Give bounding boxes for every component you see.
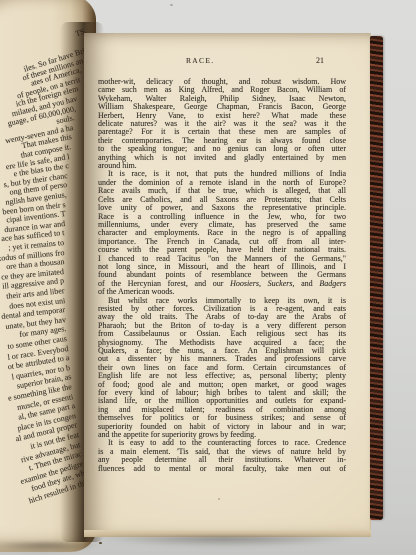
text-line: fluences add to mental or moral faculty,… bbox=[98, 465, 346, 473]
dust-speck bbox=[99, 542, 102, 544]
dust-speck bbox=[170, 4, 173, 6]
running-head: RACE. bbox=[186, 56, 214, 65]
photo-scene: TS.iles. So far have Briof these million… bbox=[0, 0, 416, 555]
page-header-row: RACE. 21 bbox=[98, 56, 346, 68]
marbled-cover-edge bbox=[370, 36, 383, 520]
page-number: 21 bbox=[316, 56, 324, 65]
dust-speck bbox=[218, 498, 220, 500]
body-text: mother-wit, delicacy of thought, and rob… bbox=[98, 78, 346, 473]
left-curl-shadow bbox=[0, 543, 118, 555]
